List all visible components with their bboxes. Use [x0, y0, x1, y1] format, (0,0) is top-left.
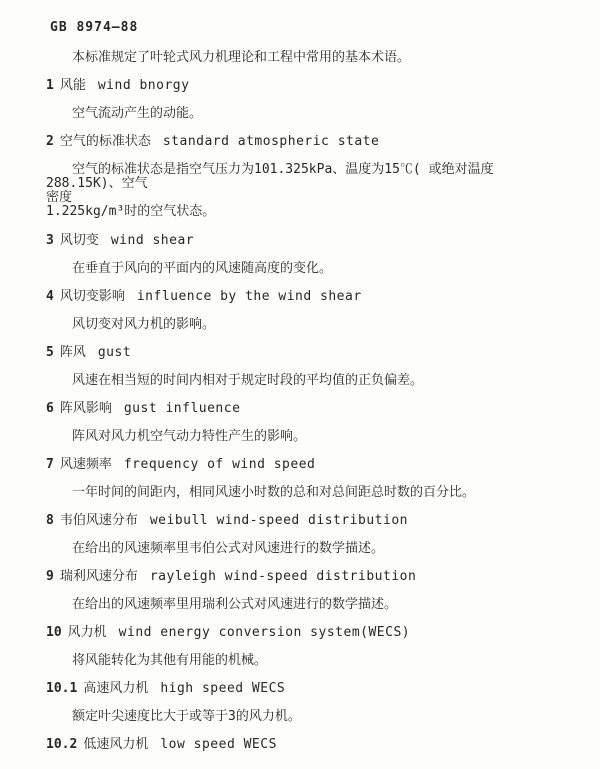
- term-definition: 在给出的风速频率里韦伯公式对风速进行的数学描述。: [46, 542, 562, 556]
- term-chinese: 高速风力机: [83, 681, 148, 696]
- term-definition: 风速在相当短的时间内相对于规定时段的平均值的正负偏差。: [46, 374, 562, 388]
- term-english: wind bnorgy: [98, 78, 190, 93]
- term-entry: 8韦伯风速分布weibull wind-speed distribution 在…: [46, 514, 562, 556]
- term-definition-line: 密度: [46, 191, 562, 205]
- term-entry: 1风能wind bnorgy 空气流动产生的动能。: [46, 79, 562, 121]
- term-heading: 10.1高速风力机high speed WECS: [46, 682, 562, 696]
- term-definition: 风切变对风力机的影响。: [46, 318, 562, 332]
- term-english: standard atmospheric state: [163, 134, 380, 149]
- term-english: gust: [98, 345, 131, 360]
- term-number: 1: [46, 78, 54, 93]
- term-chinese: 低速风力机: [83, 737, 148, 752]
- standard-number: GB 8974—88: [50, 21, 562, 35]
- term-chinese: 韦伯风速分布: [60, 513, 138, 528]
- term-definition: 空气流动产生的动能。: [46, 107, 562, 121]
- term-heading: 5阵风gust: [46, 346, 562, 360]
- term-chinese: 风切变影响: [60, 289, 125, 304]
- term-chinese: 风力机: [68, 625, 107, 640]
- term-entry: 6阵风影响gust influence 阵风对风力机空气动力特性产生的影响。: [46, 402, 562, 444]
- term-heading: 3风切变wind shear: [46, 234, 562, 248]
- term-number: 4: [46, 289, 54, 304]
- term-entry: 9瑞利风速分布rayleigh wind-speed distribution …: [46, 570, 562, 612]
- term-entry: 5阵风gust 风速在相当短的时间内相对于规定时段的平均值的正负偏差。: [46, 346, 562, 388]
- term-number: 3: [46, 233, 54, 248]
- term-number: 9: [46, 569, 54, 584]
- term-chinese: 阵风: [60, 345, 86, 360]
- term-english: low speed WECS: [160, 737, 277, 752]
- term-chinese: 阵风影响: [60, 401, 112, 416]
- term-english: high speed WECS: [160, 681, 285, 696]
- term-english: wind shear: [111, 233, 194, 248]
- term-definition: 在垂直于风向的平面内的风速随高度的变化。: [46, 262, 562, 276]
- term-entry: 3风切变wind shear 在垂直于风向的平面内的风速随高度的变化。: [46, 234, 562, 276]
- term-english: rayleigh wind-speed distribution: [150, 569, 416, 584]
- term-heading: 2空气的标准状态standard atmospheric state: [46, 135, 562, 149]
- term-heading: 8韦伯风速分布weibull wind-speed distribution: [46, 514, 562, 528]
- term-definition-line: 空气的标准状态是指空气压力为101.325kPa、温度为15℃( 或绝对温度28…: [46, 163, 562, 191]
- term-entry: 4风切变影响influence by the wind shear 风切变对风力…: [46, 290, 562, 332]
- intro-paragraph: 本标准规定了叶轮式风力机理论和工程中常用的基本术语。: [46, 51, 562, 65]
- term-number: 10: [46, 625, 62, 640]
- term-chinese: 风切变: [60, 233, 99, 248]
- term-number: 10.1: [46, 681, 77, 696]
- term-definition: 阵风对风力机空气动力特性产生的影响。: [46, 430, 562, 444]
- term-entry: 7风速频率frequency of wind speed 一年时间的间距内，相同…: [46, 458, 562, 500]
- term-definition: 额定叶尖速度比大于或等于3的风力机。: [46, 710, 562, 724]
- term-heading: 10.2低速风力机low speed WECS: [46, 738, 562, 752]
- term-heading: 1风能wind bnorgy: [46, 79, 562, 93]
- term-entry: 2空气的标准状态standard atmospheric state 空气的标准…: [46, 135, 562, 219]
- term-english: influence by the wind shear: [137, 289, 362, 304]
- terms-list: 1风能wind bnorgy 空气流动产生的动能。 2空气的标准状态standa…: [46, 79, 562, 752]
- term-definition: 一年时间的间距内，相同风速小时数的总和对总间距总时数的百分比。: [46, 486, 562, 500]
- document-page: GB 8974—88 本标准规定了叶轮式风力机理论和工程中常用的基本术语。 1风…: [0, 0, 600, 769]
- term-number: 10.2: [46, 737, 77, 752]
- term-heading: 9瑞利风速分布rayleigh wind-speed distribution: [46, 570, 562, 584]
- term-chinese: 空气的标准状态: [60, 134, 151, 149]
- term-number: 7: [46, 457, 54, 472]
- term-number: 2: [46, 134, 54, 149]
- term-heading: 7风速频率frequency of wind speed: [46, 458, 562, 472]
- term-entry: 10.2低速风力机low speed WECS: [46, 738, 562, 752]
- term-number: 6: [46, 401, 54, 416]
- term-chinese: 风能: [60, 78, 86, 93]
- term-chinese: 瑞利风速分布: [60, 569, 138, 584]
- term-chinese: 风速频率: [60, 457, 112, 472]
- term-english: gust influence: [124, 401, 241, 416]
- term-definition: 将风能转化为其他有用能的机械。: [46, 654, 562, 668]
- term-heading: 4风切变影响influence by the wind shear: [46, 290, 562, 304]
- term-heading: 6阵风影响gust influence: [46, 402, 562, 416]
- term-entry: 10风力机wind energy conversion system(WECS)…: [46, 626, 562, 668]
- term-english: frequency of wind speed: [124, 457, 316, 472]
- term-definition: 空气的标准状态是指空气压力为101.325kPa、温度为15℃( 或绝对温度28…: [46, 163, 562, 219]
- term-entry: 10.1高速风力机high speed WECS 额定叶尖速度比大于或等于3的风…: [46, 682, 562, 724]
- term-heading: 10风力机wind energy conversion system(WECS): [46, 626, 562, 640]
- term-definition-line: 1.225kg/m³时的空气状态。: [46, 205, 562, 219]
- term-number: 5: [46, 345, 54, 360]
- term-english: weibull wind-speed distribution: [150, 513, 408, 528]
- term-number: 8: [46, 513, 54, 528]
- term-definition: 在给出的风速频率里用瑞利公式对风速进行的数学描述。: [46, 598, 562, 612]
- term-english: wind energy conversion system(WECS): [119, 625, 410, 640]
